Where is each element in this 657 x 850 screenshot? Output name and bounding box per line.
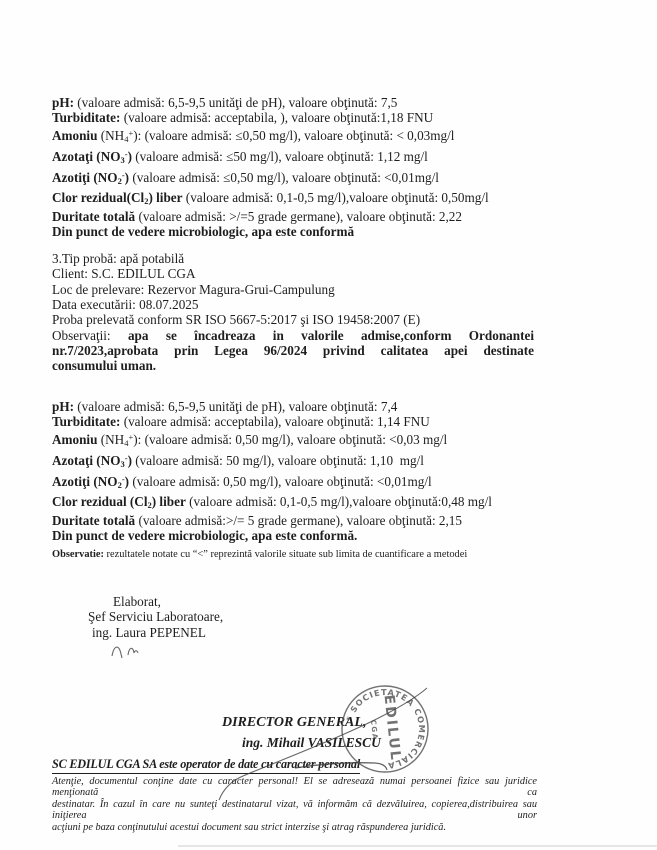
text-line: pH: (valoare admisă: 6,5-9,5 unităţi de … (52, 95, 612, 110)
document-scan: pH: (valoare admisă: 6,5-9,5 unităţi de … (0, 0, 657, 850)
text-line: Azotaţi (NO3-) (valoare admisă: ≤50 mg/l… (52, 147, 612, 168)
text-line: Duritate totală (valoare admisă:>/= 5 gr… (52, 513, 612, 528)
text-line: Data executării: 08.07.2025 (52, 297, 534, 312)
text-line: Observaţii: apa se încadreaza in valoril… (52, 328, 534, 343)
text-line: Clor rezidual (Cl2) liber (valoare admis… (52, 494, 612, 513)
text-line: Turbiditate: (valoare admisă: acceptabil… (52, 110, 612, 125)
water-quality-results-2: pH: (valoare admisă: 6,5-9,5 unităţi de … (52, 399, 612, 544)
text-line: destinatar. În cazul în care nu sunteţi … (52, 799, 537, 822)
company-round-stamp: * SOCIETATEA COMERCIALA EDILUL CGA (335, 679, 435, 779)
stamp-company-name: EDILUL (380, 694, 403, 762)
text-line: Proba prelevată conform SR ISO 5667-5:20… (52, 312, 534, 327)
text-line: acţiuni pe baza conţinutului acestui doc… (52, 822, 537, 833)
text-line: Din punct de vedere microbiologic, apa e… (52, 528, 612, 543)
text-line: 3.Tip probă: apă potabilă (52, 251, 534, 266)
text-line: ing. Laura PEPENEL (88, 625, 308, 640)
text-line: Azotaţi (NO3-) (valoare admisă: 50 mg/l)… (52, 451, 612, 472)
text-line: Din punct de vedere microbiologic, apa e… (52, 224, 612, 239)
text-line: Elaborat, (88, 594, 308, 609)
scan-artifact (178, 845, 657, 847)
stamp-company-suffix: CGA (369, 719, 379, 741)
gdpr-paragraph: Atenţie, documentul conţine date cu cara… (52, 776, 537, 833)
text-line: Azotiţi (NO2-) (valoare admisă: ≤0,50 mg… (52, 168, 612, 189)
text-line: Amoniu (NH4+): (valoare admisă: ≤0,50 mg… (52, 126, 612, 147)
signature-stroke (112, 647, 138, 658)
text-line: Azotiţi (NO2-) (valoare admisă: 0,50 mg/… (52, 472, 612, 493)
prepared-by-block: Elaborat,Şef Serviciu Laboratoare,ing. L… (88, 594, 308, 640)
stamp-graphic: * SOCIETATEA COMERCIALA EDILUL CGA (338, 682, 433, 777)
sample-info-section: 3.Tip probă: apă potabilăClient: S.C. ED… (52, 251, 534, 374)
water-quality-results-1: pH: (valoare admisă: 6,5-9,5 unităţi de … (52, 95, 612, 240)
text-line: Clor rezidual(Cl2) liber (valoare admisă… (52, 190, 612, 209)
text-line: Duritate totală (valoare admisă: >/=5 gr… (52, 209, 612, 224)
text-line: pH: (valoare admisă: 6,5-9,5 unităţi de … (52, 399, 612, 414)
text-line: nr.7/2023,aprobata prin Legea 96/2024 pr… (52, 343, 534, 358)
text-line: Atenţie, documentul conţine date cu cara… (52, 776, 537, 799)
lab-chief-signature (108, 641, 152, 661)
text-line: Amoniu (NH4+): (valoare admisă: 0,50 mg/… (52, 430, 612, 451)
text-line: Turbiditate: (valoare admisă: acceptabil… (52, 414, 612, 429)
text-line: Loc de prelevare: Rezervor Magura-Grui-C… (52, 282, 534, 297)
text-line: Client: S.C. EDILUL CGA (52, 266, 534, 281)
method-note: Observatie: rezultatele notate cu “<” re… (52, 548, 652, 561)
gdpr-heading: SC EDILUL CGA SA este operator de date c… (52, 757, 360, 774)
text-line: Observatie: rezultatele notate cu “<” re… (52, 548, 652, 561)
text-line: consumului uman. (52, 358, 534, 373)
text-line: Şef Serviciu Laboratoare, (88, 609, 308, 624)
